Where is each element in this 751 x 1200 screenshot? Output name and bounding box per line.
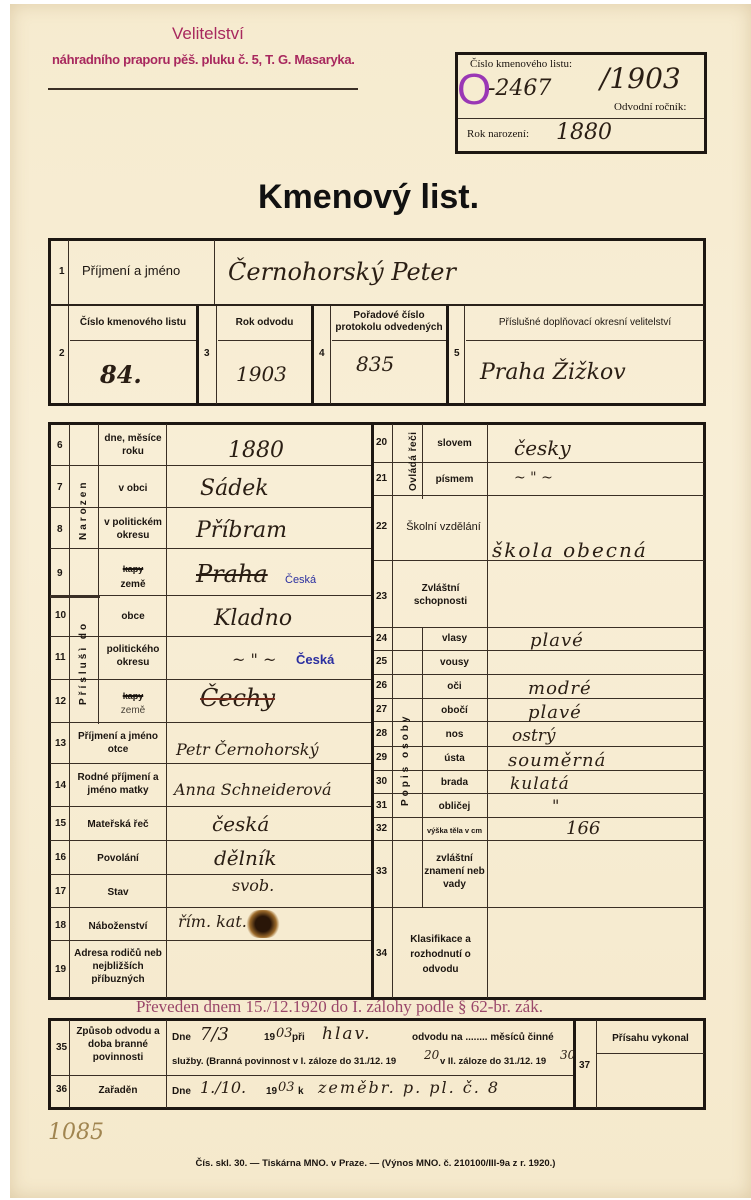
left-numcol-line (69, 424, 70, 998)
field-number: 1 (59, 266, 65, 277)
written-language-label: písmem (422, 473, 487, 486)
row-line (50, 548, 371, 549)
rok-odvodu-value[interactable]: 1903 (236, 362, 287, 386)
row-line (374, 817, 704, 818)
row-line (50, 636, 371, 637)
main-divider (371, 424, 374, 998)
mother-name-label: Rodné příjmení a jméno matky (70, 771, 166, 797)
birth-district-value[interactable]: Příbram (196, 518, 287, 543)
row-line (50, 840, 371, 841)
reserve1-year[interactable]: 20 (424, 1048, 439, 1062)
field-number: 15 (55, 818, 66, 829)
field-number: 10 (55, 610, 66, 621)
spoken-language-label: slovem (422, 437, 487, 450)
beard-label: vousy (422, 656, 487, 669)
header-underline (48, 88, 358, 90)
id-cislo-value: -2467 (488, 76, 551, 101)
eyes-value[interactable]: modré (528, 678, 592, 699)
service-year-value[interactable]: 03 (276, 1026, 293, 1041)
row-line (50, 1075, 573, 1076)
field-number: 24 (376, 633, 387, 644)
marital-status-label: Stav (70, 886, 166, 899)
col-line (216, 306, 217, 404)
ink-blot (246, 910, 280, 938)
eyebrows-value[interactable]: plavé (528, 702, 582, 723)
field-number: 23 (376, 591, 387, 602)
hair-value[interactable]: plavé (530, 630, 584, 651)
poradove-cislo-value[interactable]: 835 (356, 352, 394, 376)
field-number: 18 (55, 920, 66, 931)
field-number: 26 (376, 680, 387, 691)
kmenovy-list-label: Číslo kmenového listu (70, 316, 196, 329)
row-line (374, 462, 704, 463)
id-rocnik-value: /1903 (600, 62, 681, 95)
col-line (311, 306, 314, 404)
field-number: 8 (57, 524, 63, 535)
assigned-dne-label: Dne (172, 1086, 191, 1097)
left-labelcol-line (166, 424, 167, 998)
domicile-town-value[interactable]: Kladno (214, 606, 292, 631)
margin-note: 1085 (48, 1120, 104, 1145)
service-dne-label: Dne (172, 1032, 191, 1043)
field-number: 34 (376, 948, 387, 959)
domicile-district-label: politického okresu (100, 643, 166, 669)
father-name-label: Příjmení a jméno otce (70, 730, 166, 756)
domicile-land-value-struck: Čechy (200, 684, 275, 712)
birth-district-label: v politickém okresu (100, 516, 166, 542)
field-number: 11 (55, 652, 66, 663)
field-number: 29 (376, 752, 387, 763)
row1-numcol-line (68, 240, 69, 304)
group-divider (50, 596, 100, 598)
row-line (50, 874, 371, 875)
col-line (446, 306, 449, 404)
col-header-line (218, 340, 311, 341)
written-language-value[interactable]: ~ " ~ (514, 470, 553, 486)
field-number: 5 (454, 348, 460, 359)
col-line (464, 306, 465, 404)
group-label-prislusi: Příslušì do (78, 615, 89, 710)
row-line (50, 763, 371, 764)
command-stamp-title: Velitelství (172, 24, 244, 44)
command-stamp-unit: náhradního praporu pěš. pluku č. 5, T. G… (52, 52, 355, 67)
col-line (196, 306, 199, 404)
mouth-value[interactable]: souměrná (508, 750, 606, 771)
field-number: 31 (376, 800, 387, 811)
parents-address-label: Adresa rodičů neb nejbližších příbuzných (70, 947, 166, 986)
birth-place-value[interactable]: Sádek (200, 476, 269, 501)
birth-date-label: dne, měsíce roku (100, 432, 166, 458)
velitelstvi-label: Příslušné doplňovací okresní velitelství (466, 316, 704, 329)
domicile-town-label: obce (100, 610, 166, 623)
domicile-land-label-struck: kapy (100, 690, 166, 703)
col-header-line (466, 340, 704, 341)
birth-land-value-stamp[interactable]: Česká (285, 574, 316, 586)
occupation-value[interactable]: dělník (214, 846, 276, 870)
reserve2-year[interactable]: 30 (560, 1048, 575, 1062)
field-number: 21 (376, 473, 387, 484)
field-number: 27 (376, 704, 387, 715)
kmenovy-list-value[interactable]: 84. (100, 360, 142, 389)
domicile-land-label-stamp: země (100, 704, 166, 717)
father-name-value[interactable]: Petr Černohorský (176, 740, 319, 759)
mother-tongue-label: Mateřská řeč (70, 818, 166, 831)
special-skills-label: Zvláštní schopnosti (394, 582, 487, 608)
birth-date-value[interactable]: 1880 (228, 438, 284, 463)
id-narozeni-label: Rok narození: (467, 128, 529, 140)
row-line (50, 940, 371, 941)
mother-tongue-value[interactable]: česká (212, 812, 269, 836)
poradove-cislo-label: Pořadové číslo protokolu odvedených (332, 310, 446, 334)
field-number: 12 (55, 696, 66, 707)
education-value[interactable]: škola obecná (492, 538, 648, 562)
group-label-narozen: Narozen (78, 470, 89, 550)
row1-divider (50, 304, 704, 306)
service-date-value[interactable]: 7/3 (200, 1024, 229, 1045)
domicile-district-stamp: Česká (296, 652, 334, 667)
field-number: 3 (204, 348, 210, 359)
birth-land-label-struck: kapy (100, 563, 166, 576)
chin-label: brada (422, 776, 487, 789)
surname-label: Příjmení a jméno (82, 263, 180, 278)
nose-label: nos (422, 728, 487, 741)
id-prefix-stamp: O (457, 68, 491, 112)
field-number: 16 (55, 852, 66, 863)
eyes-label: oči (422, 680, 487, 693)
row-line (374, 907, 704, 908)
service-year-prefix: 19 (264, 1032, 275, 1043)
height-value[interactable]: 166 (566, 818, 600, 839)
field-number: 17 (55, 886, 66, 897)
classification-label: Klasifikace a rozhodnutí o odvodu (394, 932, 487, 977)
assigned-year-value[interactable]: 03 (278, 1080, 295, 1095)
row-line (374, 627, 704, 628)
field-number: 20 (376, 437, 387, 448)
col-header-line (332, 340, 446, 341)
field-number: 13 (55, 738, 66, 749)
row-line (50, 806, 371, 807)
row-line (374, 674, 704, 675)
assigned-k-label: k (298, 1086, 304, 1097)
religion-value[interactable]: řím. kat. (178, 912, 247, 931)
reserve1-text: služby. (Branná povinnost v I. záloze do… (172, 1056, 396, 1067)
eyebrows-label: obočí (422, 704, 487, 717)
row-line (50, 722, 371, 723)
id-narozeni-value: 1880 (556, 120, 612, 145)
service-pri-label: při (292, 1032, 305, 1043)
hair-label: vlasy (422, 632, 487, 645)
birth-land-label-stamp: země (100, 578, 166, 591)
field-number: 7 (57, 482, 63, 493)
reserve2-text: v II. záloze do 31./12. 19 (440, 1056, 546, 1067)
rok-odvodu-label: Rok odvodu (218, 316, 311, 329)
row-line (50, 507, 371, 508)
assigned-label: Zařaděn (70, 1084, 166, 1097)
col-line (573, 1020, 576, 1108)
col-header-line (70, 340, 196, 341)
chin-value[interactable]: kulatá (510, 774, 570, 794)
assigned-date-value[interactable]: 1./10. (200, 1078, 246, 1097)
nose-value[interactable]: ostrý (512, 726, 556, 746)
row-line (50, 465, 371, 466)
row-line (50, 679, 371, 680)
print-footer: Čís. skl. 30. — Tiskárna MNO. v Praze. —… (0, 1158, 751, 1169)
education-label: Školní vzdělání (400, 521, 487, 534)
field-number: 19 (55, 964, 66, 975)
service-rest-text: odvodu na ........ měsíců činné (412, 1032, 554, 1043)
mouth-label: ústa (422, 752, 487, 765)
field-number: 37 (579, 1060, 590, 1071)
field-number: 6 (57, 440, 63, 451)
marital-status-value[interactable]: svob. (232, 876, 274, 895)
service-mode-label: Způsob odvodu a doba branné povinnosti (70, 1025, 166, 1064)
oath-label: Přísahu vykonal (597, 1032, 704, 1045)
birth-land-value-struck: Praha (196, 560, 268, 588)
field-number: 2 (59, 348, 65, 359)
occupation-label: Povolání (70, 852, 166, 865)
col-line (68, 306, 69, 404)
row-line (374, 495, 704, 496)
domicile-district-value[interactable]: ~ " ~ (232, 650, 276, 669)
field-number: 25 (376, 656, 387, 667)
mother-name-value[interactable]: Anna Schneiderová (174, 780, 331, 799)
surname-value[interactable]: Černohorský Peter (228, 258, 456, 286)
id-box-divider (458, 118, 704, 119)
field-number: 33 (376, 866, 387, 877)
field-number: 36 (56, 1084, 67, 1095)
field-number: 30 (376, 776, 387, 787)
spoken-language-value[interactable]: česky (514, 436, 571, 460)
assigned-unit-value[interactable]: zeměbr. p. pl. č. 8 (318, 1078, 500, 1097)
group-label-popis: Popis osoby (400, 700, 411, 820)
right-labelcol-line (487, 424, 488, 998)
face-value[interactable]: " (552, 796, 559, 815)
field-number: 32 (376, 823, 387, 834)
religion-label: Náboženství (70, 920, 166, 933)
col-line (166, 1020, 167, 1108)
field-number: 14 (55, 780, 66, 791)
height-label: výška těla v cm (422, 824, 487, 837)
field-number: 4 (319, 348, 325, 359)
col-line (330, 306, 331, 404)
field-number: 9 (57, 568, 63, 579)
row-line (50, 907, 371, 908)
row1-label-line (214, 240, 215, 304)
page-title: Kmenový list. (258, 178, 479, 217)
group-label-ovlada: Ovládá řeči (408, 428, 419, 494)
right-numcol-line (392, 424, 393, 998)
face-label: obličej (422, 800, 487, 813)
distinguishing-marks-label: zvláštní znamení neb vady (422, 852, 487, 891)
field-number: 22 (376, 521, 387, 532)
id-rocnik-label: Odvodní ročník: (614, 101, 686, 113)
row-line (374, 840, 704, 841)
row-line (597, 1053, 704, 1054)
field-number: 35 (56, 1042, 67, 1053)
transfer-stamp: Převeden dnem 15./12.1920 do I. zálohy p… (136, 997, 543, 1017)
service-pri-value[interactable]: hlav. (322, 1024, 372, 1044)
velitelstvi-value[interactable]: Praha Žižkov (480, 360, 626, 385)
row-line (374, 746, 704, 747)
birth-place-label: v obci (100, 482, 166, 495)
assigned-year-prefix: 19 (266, 1086, 277, 1097)
field-number: 28 (376, 728, 387, 739)
